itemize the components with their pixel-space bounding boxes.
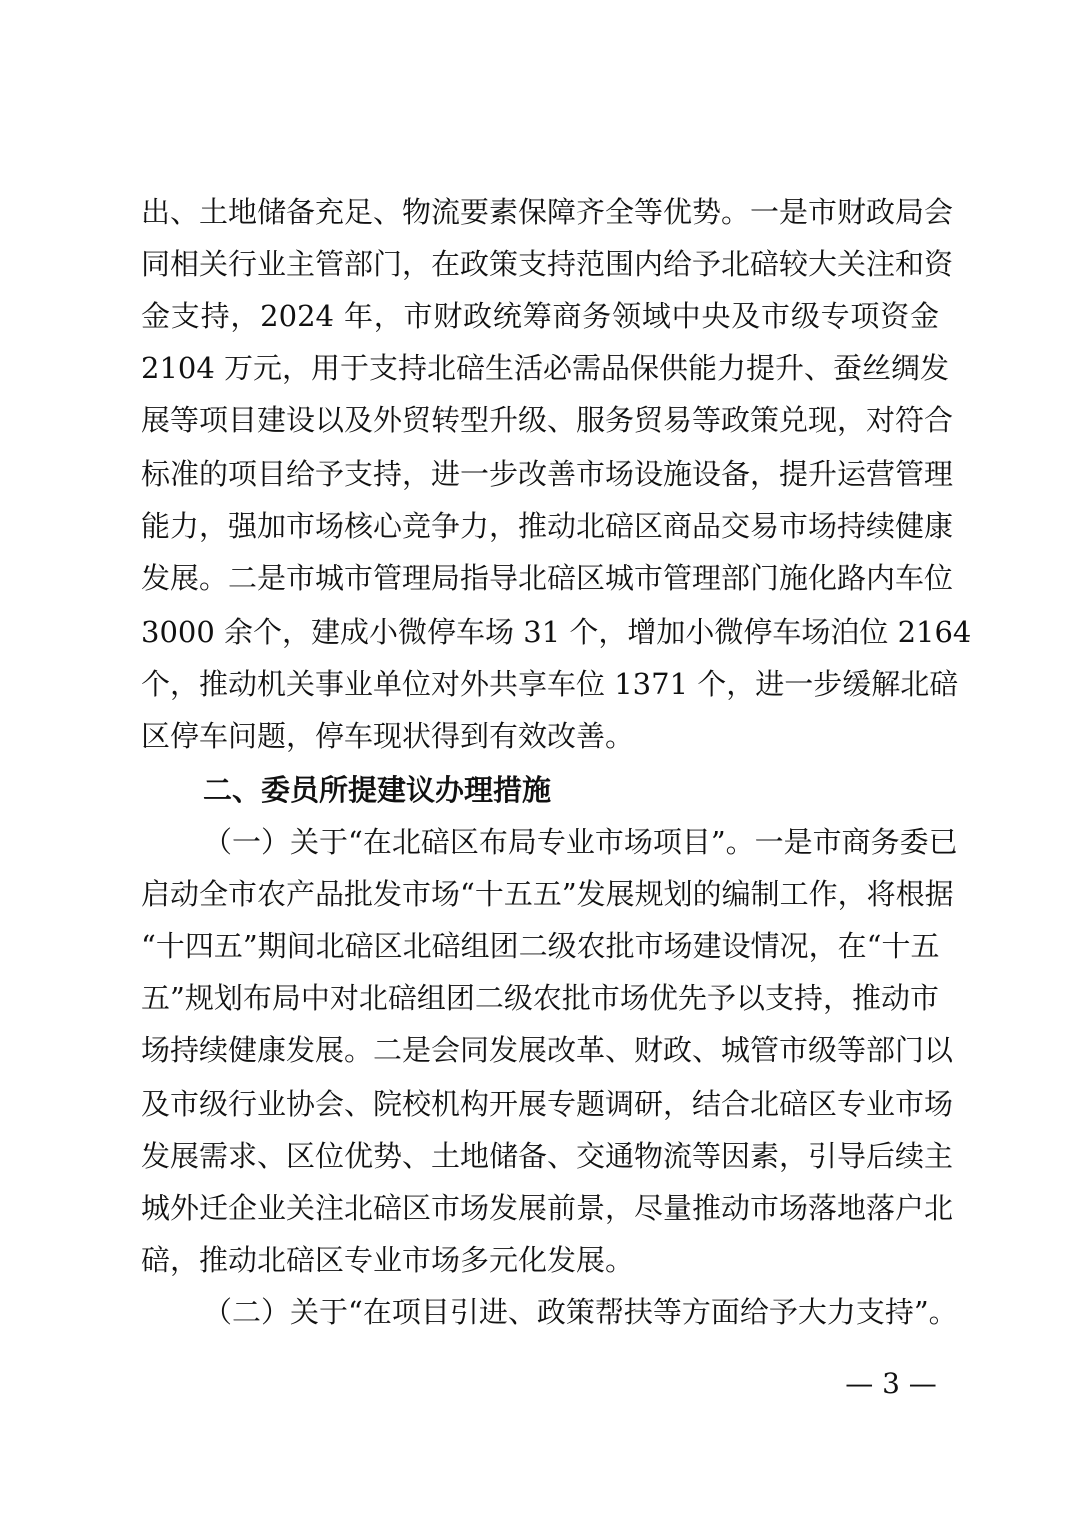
body-text-line: 城外迁企业关注北碚区市场发展前景，尽量推动市场落地落户北: [141, 1182, 939, 1234]
body-text-line: 展等项目建设以及外贸转型升级、服务贸易等政策兑现，对符合: [141, 394, 939, 446]
section-heading: 二、委员所提建议办理措施: [203, 764, 939, 816]
body-text-line: 发展需求、区位优势、土地储备、交通物流等因素，引导后续主: [141, 1130, 939, 1182]
body-text-line: 启动全市农产品批发市场“十五五”发展规划的编制工作，将根据: [141, 868, 939, 920]
body-text-line: “十四五”期间北碚区北碚组团二级农批市场建设情况，在“十五: [141, 920, 939, 972]
body-text-line: 3000 余个，建成小微停车场 31 个，增加小微停车场泊位 2164: [141, 606, 939, 658]
body-text-line: 金支持，2024 年，市财政统筹商务领域中央及市级专项资金: [141, 290, 939, 342]
body-text-line: 发展。二是市城市管理局指导北碚区城市管理部门施化路内车位: [141, 552, 939, 604]
body-text-line: 能力，强加市场核心竞争力，推动北碚区商品交易市场持续健康: [141, 500, 939, 552]
document-page: 出、土地储备充足、物流要素保障齐全等优势。一是市财政局会 同相关行业主管部门，在…: [0, 0, 1074, 1520]
body-text-line: 出、土地储备充足、物流要素保障齐全等优势。一是市财政局会: [141, 186, 939, 238]
page-number: — 3 —: [836, 1364, 946, 1404]
body-text-line: 场持续健康发展。二是会同发展改革、财政、城管市级等部门以: [141, 1024, 939, 1076]
body-text-line: 及市级行业协会、院校机构开展专题调研，结合北碚区专业市场: [141, 1078, 939, 1130]
body-text-line: 同相关行业主管部门，在政策支持范围内给予北碚较大关注和资: [141, 238, 939, 290]
body-text-line: 五”规划布局中对北碚组团二级农批市场优先予以支持，推动市: [141, 972, 939, 1024]
body-text-line: 2104 万元，用于支持北碚生活必需品保供能力提升、蚕丝绸发: [141, 342, 939, 394]
body-text-line: 个，推动机关事业单位对外共享车位 1371 个，进一步缓解北碚: [141, 658, 939, 710]
body-text-line: 标准的项目给予支持，进一步改善市场设施设备，提升运营管理: [141, 448, 939, 500]
subsection-title-line: （二）关于“在项目引进、政策帮扶等方面给予大力支持”。: [203, 1286, 939, 1338]
body-text-line: 区停车问题，停车现状得到有效改善。: [141, 710, 939, 762]
body-text-line: 碚，推动北碚区专业市场多元化发展。: [141, 1234, 939, 1286]
subsection-title-line: （一）关于“在北碚区布局专业市场项目”。一是市商务委已: [203, 816, 939, 868]
